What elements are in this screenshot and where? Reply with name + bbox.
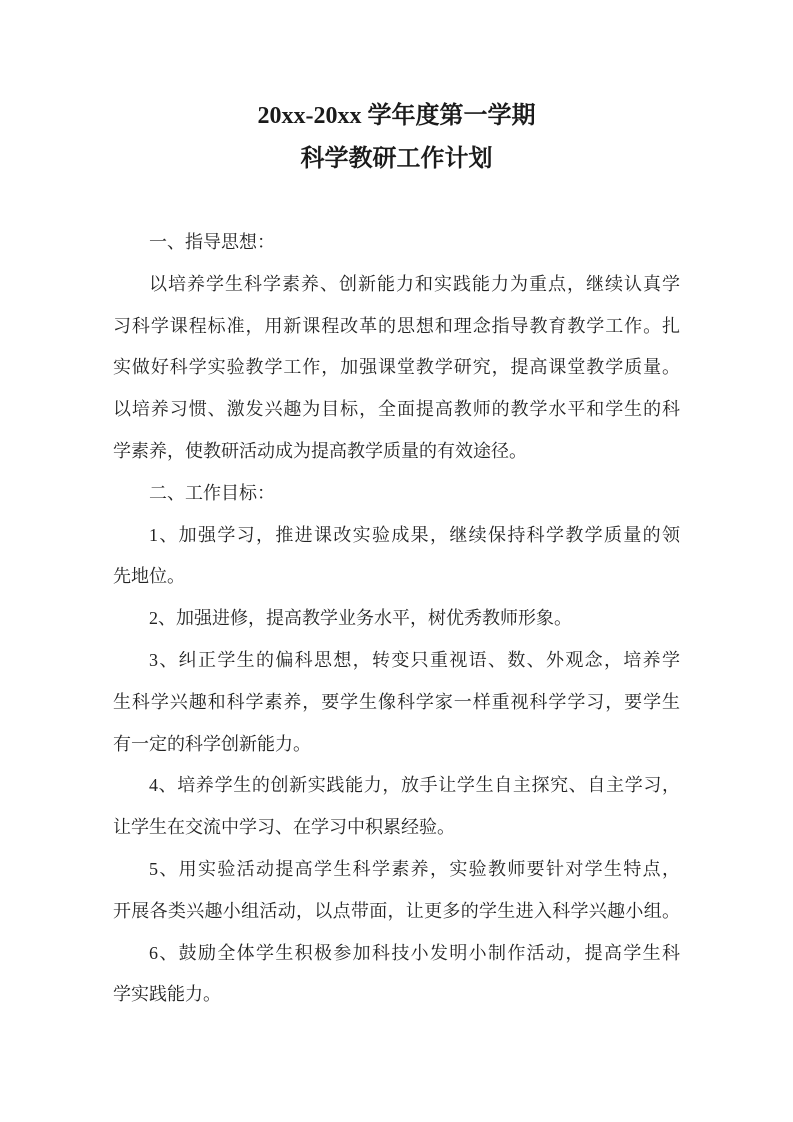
text-line: 一、指导思想： xyxy=(113,222,680,264)
text-line: 5、用实验活动提高学生科学素养，实验教师要针对学生特点， xyxy=(113,849,680,891)
text-line: 1、加强学习，推进课改实验成果，继续保持科学教学质量的领 xyxy=(113,515,680,557)
text-line: 以培养学生科学素养、创新能力和实践能力为重点，继续认真学 xyxy=(113,264,680,306)
text-line: 学实践能力。 xyxy=(113,974,680,1016)
text-line: 有一定的科学创新能力。 xyxy=(113,724,680,766)
document-page: 20xx-20xx 学年度第一学期 科学教研工作计划 一、指导思想： 以培养学生… xyxy=(0,0,793,1122)
text-line: 先地位。 xyxy=(113,556,680,598)
paragraph-goal-3: 3、纠正学生的偏科思想，转变只重视语、数、外观念，培养学 生科学兴趣和科学素养，… xyxy=(113,640,680,765)
text-line: 学素养，使教研活动成为提高教学质量的有效途径。 xyxy=(113,431,680,473)
paragraph-guiding-ideology: 以培养学生科学素养、创新能力和实践能力为重点，继续认真学 习科学课程标准，用新课… xyxy=(113,264,680,473)
paragraph-goal-1: 1、加强学习，推进课改实验成果，继续保持科学教学质量的领 先地位。 xyxy=(113,515,680,599)
paragraph-goal-5: 5、用实验活动提高学生科学素养，实验教师要针对学生特点， 开展各类兴趣小组活动，… xyxy=(113,849,680,933)
paragraph-goal-2: 2、加强进修，提高教学业务水平，树优秀教师形象。 xyxy=(113,598,680,640)
text-line: 3、纠正学生的偏科思想，转变只重视语、数、外观念，培养学 xyxy=(113,640,680,682)
title-line-2: 科学教研工作计划 xyxy=(113,138,680,181)
paragraph-goal-4: 4、培养学生的创新实践能力，放手让学生自主探究、自主学习， 让学生在交流中学习、… xyxy=(113,765,680,849)
text-line: 2、加强进修，提高教学业务水平，树优秀教师形象。 xyxy=(113,598,680,640)
text-line: 实做好科学实验教学工作，加强课堂教学研究，提高课堂教学质量。 xyxy=(113,347,680,389)
document-body: 一、指导思想： 以培养学生科学素养、创新能力和实践能力为重点，继续认真学 习科学… xyxy=(113,222,680,1016)
paragraph-heading-1: 一、指导思想： xyxy=(113,222,680,264)
document-title: 20xx-20xx 学年度第一学期 科学教研工作计划 xyxy=(113,95,680,181)
text-line: 以培养习惯、激发兴趣为目标，全面提高教师的教学水平和学生的科 xyxy=(113,389,680,431)
paragraph-goal-6: 6、鼓励全体学生积极参加科技小发明小制作活动，提高学生科 学实践能力。 xyxy=(113,933,680,1017)
text-line: 6、鼓励全体学生积极参加科技小发明小制作活动，提高学生科 xyxy=(113,933,680,975)
text-line: 二、工作目标： xyxy=(113,473,680,515)
text-line: 让学生在交流中学习、在学习中积累经验。 xyxy=(113,807,680,849)
text-line: 开展各类兴趣小组活动，以点带面，让更多的学生进入科学兴趣小组。 xyxy=(113,891,680,933)
paragraph-heading-2: 二、工作目标： xyxy=(113,473,680,515)
text-line: 习科学课程标准，用新课程改革的思想和理念指导教育教学工作。扎 xyxy=(113,306,680,348)
text-line: 生科学兴趣和科学素养，要学生像科学家一样重视科学学习，要学生 xyxy=(113,682,680,724)
title-line-1: 20xx-20xx 学年度第一学期 xyxy=(113,95,680,138)
text-line: 4、培养学生的创新实践能力，放手让学生自主探究、自主学习， xyxy=(113,765,680,807)
